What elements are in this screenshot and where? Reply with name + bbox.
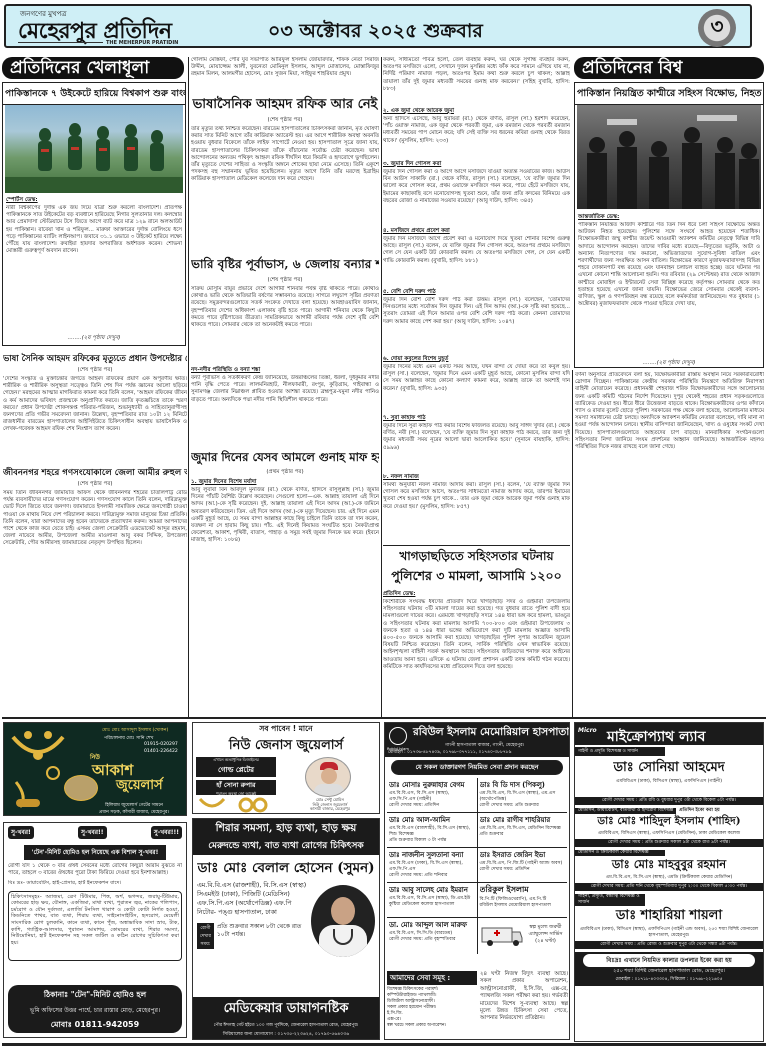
masthead: জনগণের মুখপত্র মেহেরপুর প্রতিদিন THE MEH…: [4, 4, 752, 48]
services-title: আমাদের সেবা সমূহ :: [387, 971, 477, 985]
doctor-4-quals: এমবিবিএস (ঢাকা), বিসিএস (স্বাস্থ্য), এফস…: [575, 927, 763, 939]
good-news-tag-2: সু-খবর!!: [78, 826, 107, 839]
kashmir-protest-photo: [577, 105, 761, 209]
akash-address: প্রধান সড়ক, কাঁসারী বাজার, মেহেরপুর।: [84, 809, 184, 816]
religion-item-6-title: ৭. সুরা কাহাফ পাঠ: [383, 414, 570, 423]
ambulance-text: স্বল্প মূল্যে জরুরী এ্যাম্বুলেন্স সার্ভি…: [526, 924, 566, 945]
doctor-quals: এম.বি.বি.এস, বি.সি.এস (স্বাস্থ্য), এফ.সি…: [389, 791, 475, 803]
gold-ornaments-icon: [198, 797, 276, 813]
world-body: পাকিস্তান নিয়ন্ত্রিত আজাদ কাশ্মীরে গত ত…: [578, 222, 760, 360]
religion-item-2-body: জুমার দিন গোসল করা ও আগে আগে মসজিদে যাওয…: [383, 169, 570, 227]
gold-silver-label: হাঁ সোনা রুপার: [196, 780, 276, 791]
left-story-1-sub: (শেষ পৃষ্ঠার পর): [3, 367, 187, 375]
micropath-footer: বিঃদ্রঃ এখানে নিয়মিত কালার ডপলার ইকো কর…: [575, 952, 763, 986]
services-note: ২৪ ঘণ্টা নিজস্ব বিদ্যুৎ ব্যবস্থা আছে। সক…: [480, 971, 568, 1023]
doctor-4-name: ডাঃ শাহারিয়া শায়লা: [575, 906, 763, 927]
doctor-card: ডাঃ নাজনীন সুলতানা বন্যা এম.বি.বি.এস (ঢা…: [387, 848, 477, 882]
doctor-card: ডাঃ মোঃ রাগীব শাহরিয়ার এম.বি.বি.এস, বি.…: [478, 813, 568, 847]
medicare-center-name: মেডিকেয়ার ডায়াগনষ্টিক: [193, 999, 379, 1020]
center-left-column: গোলাম মোস্তফা, পৌর যুব সভাপতি আরিফুল ইসল…: [191, 57, 379, 712]
column-divider: [381, 57, 382, 717]
center-story-2-sub: (শেষ পৃষ্ঠার পর): [191, 277, 379, 285]
doctor-time: রোগী দেখার সময়: প্রতি শনিবার: [389, 873, 475, 879]
medicare-header: শিরার সমস্যা, হাড় ব্যথা, হাড় ক্ষয় মের…: [193, 819, 379, 855]
medicare-quals: এম.বি.বি.এস (রাজশাহী), বি.সি.এস (স্বাস্থ…: [197, 881, 307, 917]
homeo-hall-ad: সু-খবর! সু-খবর!! সু-খবর!!! 'টেন'-মিনিট হ…: [3, 822, 187, 1038]
hospital-title: রবিউল ইসলাম মেমোরিয়াল হাসপাতাল: [413, 725, 570, 742]
world-body-continued: বর্ণনা অনুসারে প্রতিবেদনে বলা হয়, বিক্ষ…: [575, 372, 764, 712]
religion-intro: করুন, সাধ্যমতো পবিত্র হলো, তেল ব্যবহার ক…: [383, 57, 570, 107]
religion-column: করুন, সাধ্যমতো পবিত্র হলো, তেল ব্যবহার ক…: [383, 57, 570, 567]
medicare-address: পৌর ঈদগাহ গেট হইতে ১০০ গজ পূর্বদিকে, জেন…: [193, 1022, 379, 1029]
ads-divider: [2, 717, 766, 719]
world-headline: পাকিস্তান নিয়ন্ত্রিত কাশ্মীরে সহিংস বিক…: [575, 83, 763, 105]
center-story-1-headline: ভাষাসৈনিক আহমদ রফিক আর নেই: [191, 95, 379, 116]
religion-item-3-body: জুমার দিন মসজিদে আগে প্রবেশ করা ও মনোযোগ…: [383, 236, 570, 288]
newspaper-page: জনগণের মুখপত্র মেহেরপুর প্রতিদিন THE MEH…: [0, 0, 768, 1049]
religion-item-2-title: ৩. জুমার দিন গোসল করা: [383, 160, 570, 169]
sports-section-banner: প্রতিদিনের খেলাধূলা: [2, 57, 184, 79]
owner-photo: [64, 775, 98, 801]
gold-silver-box: হাঁ সোনা রুপার পুরাতন অবস্থা জো আস্তেই: [196, 780, 276, 795]
medicare-doctor-name: ডাঃ মোঃ বেলাল হোসেন (সুমন): [193, 857, 379, 880]
service-item: স্বল্প খরচে সকল প্রকার অপারেশন।: [387, 1023, 477, 1029]
homeo-contact-box: ঠিকানাঃ "টেন"-মিনিট হোমিও হল ভূমি অফিসের…: [8, 985, 182, 1033]
doctor-name: ডাঃ মোসাঃ নুরুন্নাহার বেগম: [389, 779, 475, 791]
hospital-phones: মোবাইল : ০১৭৩৬-৪৮৭৪০৯, ০১৭৬৮-৩৭৭১১১, ০১৭…: [388, 749, 512, 756]
genus-owner-block: মোঃ সেন্টু মোমিন নিউ জেনাস জুয়েলার্স কা…: [281, 798, 379, 812]
homeo-address: ভূমি অফিসের উত্তর পার্শ্বে, চার রাস্তার …: [8, 1005, 182, 1016]
religion-item-1-title: ২. এক জুমা থেকে আরেক জুমা: [383, 107, 570, 116]
jewellery-icon: [8, 727, 68, 813]
gold-plate-box: এখানে অত্যাধুনিক ডিজাইনের গোল্ড প্লেটের …: [196, 757, 276, 777]
akash-owner: মোঃ মোঃ আসাদুল ইসলাম (খোকন): [102, 726, 168, 734]
center-story-2-headline: ভারি বৃষ্টির পূর্বাভাস, ৬ জেলায় বন্যার …: [191, 256, 379, 276]
center-story-3-subhead: ১. জুমার দিনের বিশেষ মর্যাদা: [191, 478, 379, 487]
services-list: আমাদের সেবা সমূহ : বিশেষজ্ঞ চিকিৎসকের পর…: [387, 971, 477, 1029]
medicare-phones: সিরিয়ালের জন্য যোগাযোগ : ০১৭৩৫-২২৩৬২৪, …: [193, 1030, 379, 1038]
hospital-ad: Robiul Islam রবিউল ইসলাম মেমোরিয়াল হাসপ…: [384, 722, 570, 1040]
micropath-header: Micro মাইক্রোপ্যাথ ল্যাব: [575, 723, 763, 745]
medicare-footer: মেডিকেয়ার ডায়াগনষ্টিক পৌর ঈদগাহ গেট হই…: [193, 997, 379, 1039]
center-story-2-subhead: নদ-নদীর পরিস্থিতি ও বন্যা শঙ্কা: [191, 366, 379, 375]
religion-item-4-title: ৫. বেশি বেশি দরুদ পাঠ: [383, 288, 570, 297]
doctor-time: রোগী দেখার সময়: প্রতিদিন: [389, 803, 475, 809]
issue-date: ০৩ অক্টোবর ২০২৫ শুক্রবার: [268, 17, 483, 49]
violence-story: খাগড়াছড়িতে সহিংসতার ঘটনায় পুলিশের ৩ ম…: [383, 545, 570, 713]
doctor-card: ডাঃ মোঃ আল-আমিন এম.বি.বি.এস (রাজশাহী), ব…: [387, 813, 477, 847]
doctor-4-time: রোগী দেখার সময় : প্রতি রোজ ও শুক্রবার দ…: [575, 941, 763, 949]
doctor-name: ডাঃ মোঃ আল-আমিন: [389, 814, 475, 826]
sports-story: পাকিস্তানকে ৭ উইকেটে হারিয়ে বিশ্বকাপ শু…: [2, 82, 186, 346]
left-story-1-headline: ভাষা সৈনিক আহমদ রফিকের মৃত্যুতে প্রধান উ…: [3, 352, 187, 366]
qual-line: এম.বি.বি.এস (রাজশাহী), বি.সি.এস (স্বাস্থ…: [197, 881, 307, 890]
medicare-header-2: মেরুদন্ডে ব্যথা, বাত ব্যথা রোগের চিকিৎসক: [193, 838, 379, 853]
doctor-photo: [311, 885, 375, 957]
homeo-offer: রোগী যদি ১ থেকে ৩ বার ঔষধ সেবনের মধ্যে র…: [8, 863, 182, 877]
world-desk-label: আন্তর্জাতিক ডেস্ক:: [578, 213, 760, 222]
masthead-subtitle: THE MEHERPUR PRATIDIN: [106, 40, 178, 46]
doctor-time: রোগী দেখার সময়: প্রতি শুক্রবার: [480, 803, 566, 809]
qual-line: নিটোর- পঙ্গু হাসপাতাল, ঢাকা: [197, 908, 307, 917]
good-news-tag-3: সু-খবর!!!: [151, 826, 182, 839]
doctor-time: প্রতি শুক্রবার বিকাল ৩ টা পর্যন্ত: [389, 838, 475, 844]
doctor-1-quals: এমবিবিএস (ঢাকা), বিসিএস (স্বাস্থ্য), এফস…: [575, 779, 763, 785]
doctor-1-name: ডাঃ সোনিয়া আহমেদ: [575, 758, 763, 779]
hospital-header: Robiul Islam রবিউল ইসলাম মেমোরিয়াল হাসপ…: [385, 723, 569, 757]
micropath-logo: Micro: [578, 727, 597, 734]
world-story: পাকিস্তান নিয়ন্ত্রিত কাশ্মীরে সহিংস বিক…: [574, 82, 764, 368]
center-story-1-sub: (শেষ পৃষ্ঠার পর): [191, 117, 379, 125]
homeo-treatments: চিকিৎসাসমূহঃ- অ্যাজমা, ব্রেণ টিউমার, পিত…: [8, 891, 182, 961]
religion-item-7-title: ৮. নফল নামাজ: [383, 473, 570, 482]
left-story-2-sub: (শেষ পৃষ্ঠার পর): [3, 481, 187, 489]
doctor-card: ডাঃ মোসাঃ নুরুন্নাহার বেগম এম.বি.বি.এস, …: [387, 778, 477, 812]
akash-phone-2: 01401-226422: [144, 749, 178, 754]
center-story-2-body2: বন্যা পূর্বাভাস ও সতর্কীকরণ কেন্দ্র জানি…: [191, 375, 379, 447]
doctor-2-quals: এমবিবিএস, বিসিএস (স্বাস্থ্য), এফসিপিএস (…: [575, 831, 763, 837]
time-label: রোগী দেখার সময়:: [197, 923, 214, 949]
genus-title: নিউ জেনাস জুয়েলার্স: [193, 736, 379, 757]
doctor-1-time: রোগী দেখার সময় : প্রতি রবি ও বুধবার দুপ…: [575, 797, 763, 805]
doctor-name: ডাঃ আবু সালেহ মোঃ ইমরান: [389, 884, 475, 896]
micropath-lab-ad: Micro মাইক্রোপ্যাথ ল্যাব গাইনী ও প্রসূতি…: [574, 722, 764, 1042]
center-intro-text: গোলাম মোস্তফা, পৌর যুব সভাপতি আরিফুল ইসল…: [191, 57, 379, 93]
sports-continued: ........(২য় পৃষ্ঠায় দেখুন): [6, 335, 182, 343]
qual-line: এফ.সি.পি.এস (অর্থোপেডিক্স) এফ.পি: [197, 899, 307, 908]
doctor-card: ডাঃ ইসরাত জেরিন ইভা এম.বি.বি.এস, পি.জি.ট…: [478, 848, 568, 882]
left-story-1-body: 'দেশের সংস্কৃতি ও মুক্তচিন্তার জগতে আহমদ…: [3, 376, 187, 458]
homeo-phone: মোবাঃ 01811-942059: [8, 1019, 182, 1032]
doctor-quals: এম.বি.বি.এস (রাজশাহী), বি.সি.এস (স্বাস্থ…: [389, 826, 475, 838]
doctor-card: তরিকুল ইসলাম বি.পি.টি (ফিজিওথেরাপি), এম.…: [478, 883, 568, 917]
center-story-1-body: তাঁর মৃত্যুর তথ্য নিশ্চিত করেছেন। বারডেম…: [191, 126, 379, 254]
religion-item-5-body: জুমার দিনের মধ্যে এমন একটি সময় আছে, যখন…: [383, 364, 570, 414]
akash-jewellers-ad: মোঃ মোঃ আসাদুল ইসলাম (খোকন) পরিচালনায় ম…: [3, 722, 187, 816]
column-divider: [188, 57, 189, 717]
left-story-2-headline: জীবননগর শহরে গণসংযোকালে জেলা আমীর রুহুল …: [3, 466, 187, 480]
doctor-4-tag: গাইনী, প্রসূতি, বন্ধ্যাত্ব বিশেষজ্ঞ ও সা…: [575, 894, 645, 906]
micropath-title: মাইক্রোপ্যাথ ল্যাব: [607, 725, 705, 749]
doctor-name: ডাঃ বি ডি দাস (পিকলু): [480, 779, 566, 791]
religion-item-7-body: সামর্থ্য অনুযায়ী নফল নামাজ আদায় করা। র…: [383, 482, 570, 532]
good-news-tag-1: সু-খবর!: [8, 826, 34, 839]
doctor-card: ডা. মোঃ আব্দুল আল মারুফ এম.বি.বি.এস, সি.…: [387, 918, 477, 954]
homeo-title: 'টেন'-মিনিট হোমিও হল নিয়েছে এক বিশাল সু…: [24, 845, 166, 860]
religion-item-1-body: অন্য হাদিসে এসেছে, আবু হুরায়রা (রা.) থে…: [383, 116, 570, 160]
doppler-notice: বিঃদ্রঃ এখানে নিয়মিত কালার ডপলার ইকো কর…: [583, 954, 755, 967]
doctor-time: কুষ্টিয়া মেডিকেল কলেজ হাসপাতাল: [389, 902, 475, 908]
hospital-logo-icon: [389, 727, 407, 745]
doctor-name: ডাঃ ইসরাত জেরিন ইভা: [480, 849, 566, 861]
medicare-diagnostic-ad: শিরার সমস্যা, হাড় ব্যথা, হাড় ক্ষয় মের…: [192, 818, 380, 1040]
doctor-name: ডাঃ নাজনীন সুলতানা বন্যা: [389, 849, 475, 861]
doctors-banner: যে সকল ডাক্তারগণ নিয়মিত সেবা প্রদান করছ…: [391, 760, 563, 775]
doctor-time: প্রতি শুক্রবার: [480, 832, 566, 838]
medicare-header-1: শিরার সমস্যা, হাড় ব্যথা, হাড় ক্ষয়: [193, 821, 379, 838]
crowd-illustration: [577, 105, 761, 209]
ambulance-icon: [480, 924, 524, 948]
left-stories-column: ভাষা সৈনিক আহমদ রফিকের মৃত্যুতে প্রধান উ…: [3, 352, 187, 714]
sports-body: নারী বিশ্বকাপের দুর্দান্ত এক জয় দিয়ে য…: [6, 205, 182, 335]
akash-phone-1: 01915-020297: [144, 742, 178, 747]
violence-desk: প্রতিদিন ডেস্ক:: [383, 590, 570, 599]
center-story-3-headline: জুমার দিনের যেসব আমলে গুনাহ মাফ হয়: [191, 449, 379, 468]
doctor-3-quals: এম.বি.বি.এস, বি.সি.এস (স্বাস্থ্য), এমডি …: [575, 875, 763, 881]
doctor-name: তরিকুল ইসলাম: [480, 884, 566, 897]
doctor-quals: এম.বি.বি.এস, বি.সি.এস (স্বাস্থ্য), এম.এস…: [480, 791, 566, 803]
religion-item-3-title: ৪. মসজিদে প্রথমে প্রবেশ করা: [383, 227, 570, 236]
doctor-card: ডাঃ বি ডি দাস (পিকলু) এম.বি.বি.এস, বি.সি…: [478, 778, 568, 812]
center-story-2-body: সক্রিয় মৌসুমি বায়ুর প্রভাবে দেশে আগামী…: [191, 286, 379, 366]
doctor-quals: এম.বি.বি.এস (ঢাকা), বি.সি.এস (স্বাস্থ্য)…: [389, 861, 475, 873]
doctor-3-time: রোগী দেখার সময়: প্রতি শনি থেকে বৃহস্পতি…: [575, 883, 763, 891]
doctor-2-name: ডাঃ মোঃ শাহিদুল ইসলাম (শাহিদ): [575, 814, 763, 831]
center-story-3-body: আবু লুবাবা বিন আবদুল মুনজির (রা.) থেকে ব…: [191, 487, 379, 583]
akash-note: হিলিয়াম জুয়েলার্স গেটের সামনে: [84, 802, 184, 809]
qual-line: সিএমইউ (ঢাকা), পিজিটি (মেডিসিন): [197, 890, 307, 899]
doctor-grid: ডাঃ মোসাঃ নুরুন্নাহার বেগম এম.বি.বি.এস, …: [387, 778, 567, 954]
world-section-banner: প্রতিদিনের বিশ্ব: [574, 57, 764, 79]
violence-headline-line2: পুলিশের ৩ মামলা, আসামি ১২০০: [383, 568, 570, 588]
akash-title-2: জুয়েলার্স: [116, 776, 163, 797]
genus-address: কাসারী বাজার, মেহেরপুর: [281, 807, 379, 812]
violence-headline-line1: খাগড়াছড়িতে সহিংসতার ঘটনায়: [383, 548, 570, 568]
doctor-3-name: ডাঃ মোঃ মাহবুবুর রহমান: [575, 856, 763, 875]
center-story-3-sub: (প্রথম পৃষ্ঠার পর): [191, 469, 379, 477]
page-bottom-rule: [2, 1043, 766, 1046]
players-illustration: [5, 105, 183, 193]
doctor-card: ডাঃ আবু সালেহ মোঃ ইমরান এম.বি.বি.এস, বি.…: [387, 883, 477, 917]
sports-desk-label: স্পোর্টস ডেস্ক:: [6, 196, 182, 205]
doctor-2-time: রোগী দেখার সময় : প্রতি শুক্রবার সকাল ৯ট…: [575, 839, 763, 847]
cricket-team-photo: [5, 105, 183, 193]
gold-plate-label: গোল্ড প্লেটের: [196, 764, 276, 776]
homeo-address-label: ঠিকানাঃ "টেন"-মিনিট হোমিও হল: [8, 990, 182, 1002]
left-story-2-body: সময় তিনি জীবননগর জামায়াত অফিস থেকে জীব…: [3, 490, 187, 714]
homeo-note: বিঃ দ্রঃ- ডায়াবেটিস, হাই-প্রেসার, হার্ট…: [8, 880, 182, 887]
ambulance-card: স্বল্প মূল্যে জরুরী এ্যাম্বুলেন্স সার্ভি…: [478, 918, 568, 954]
religion-item-4-body: জুমার দিন বেশি বেশি দরুদ পাঠ করা উত্তম। …: [383, 297, 570, 355]
masthead-rule: [18, 42, 103, 43]
genus-tagline: সব পাবেন ! মানে: [193, 724, 379, 736]
doctor-time: রবিউল ইসলাম মেমোরিয়াল হাসপাতাল: [480, 903, 566, 909]
gold-plate-small: এখানে অত্যাধুনিক ডিজাইনের: [196, 757, 276, 764]
column-divider: [572, 370, 573, 717]
medicare-time: প্রতি শুক্রবার সকাল ৮টা থেকে রাত ১০টা পর…: [217, 923, 309, 939]
genus-jewellers-ad: সব পাবেন ! মানে নিউ জেনাস জুয়েলার্স এখা…: [192, 722, 380, 814]
doctor-time: রোগী দেখার সময়: প্রতিদিন: [480, 867, 566, 873]
world-continued-column: বর্ণনা অনুসারে প্রতিবেদনে বলা হয়, বিক্ষ…: [575, 372, 764, 712]
owner-photo: [305, 757, 351, 797]
doctor-time: রোগী দেখার সময়: প্রতি বৃহস্পতিবার: [389, 937, 475, 943]
religion-item-6-body: জুমার দিনে সুরা কাহাফ পাঠ করার বিশেষ ফজি…: [383, 423, 570, 473]
doctor-name: ডাঃ মোঃ রাগীব শাহরিয়ার: [480, 814, 566, 826]
akash-manager: পরিচালনায় মোঃ সানি শেখ: [104, 734, 154, 742]
micropath-address: ২৫০ শয্যা বিশিষ্ট জেনারেল হাসপাতাল রোড, …: [575, 968, 763, 976]
sports-headline: পাকিস্তানকে ৭ উইকেটে হারিয়ে বিশ্বকাপ শু…: [3, 83, 185, 105]
violence-body: কিশোরীকে সংঘবদ্ধ ধর্ষণের প্রতিবাদ ঘিরে খ…: [383, 599, 570, 713]
doctor-name: ডা. মোঃ আব্দুল আল মারুফ: [389, 919, 475, 931]
micropath-phones: মোবাইল : ০১৭১৮-৪০৩৩০৪, সিরিয়াল : ০১৭৬৮-…: [575, 976, 763, 983]
religion-item-5-title: ৬. দোয়া কবুলের বিশেষ মুহূর্ত: [383, 355, 570, 364]
hospital-address: গাংনী হাসপাতাল বাজার, গাংনী, মেহেরপুর।: [445, 741, 524, 749]
page-number-badge: ৩: [698, 9, 736, 47]
world-continued: ........(২য় পৃষ্ঠায় দেখুন): [578, 360, 760, 368]
